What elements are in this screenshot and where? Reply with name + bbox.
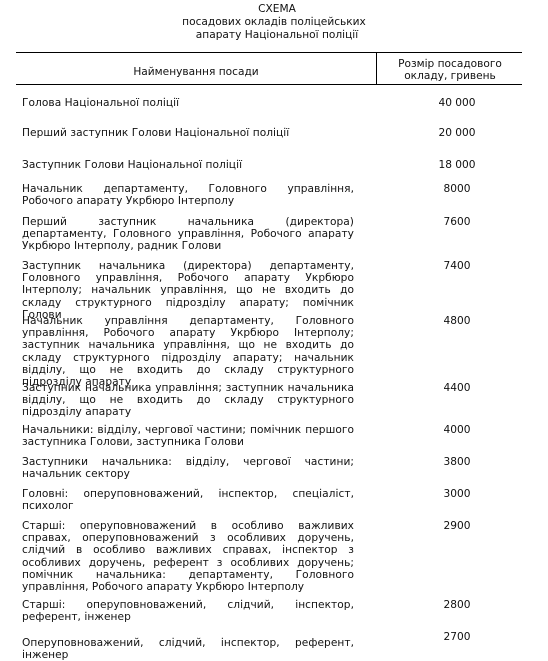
row-position: Перший заступник начальника (директора) … (22, 216, 354, 253)
row-position: Заступник начальника управління; заступн… (22, 382, 354, 419)
title-line-3: апарату Національної поліції (0, 29, 548, 42)
table-header: Найменування посади Розмір посадового ок… (16, 52, 522, 85)
row-position: Начальник департаменту, Головного управл… (22, 183, 354, 207)
header-salary-line-1: Розмір посадового (398, 58, 502, 70)
row-position: Начальники: відділу, чергової частини; п… (22, 424, 354, 448)
row-position: Заступник начальника (директора) департа… (22, 260, 354, 321)
header-position: Найменування посади (16, 53, 377, 84)
document-title: СХЕМА посадових окладів поліцейських апа… (0, 3, 548, 42)
row-position: Заступники начальника: відділу, чергової… (22, 456, 354, 480)
title-line-2: посадових окладів поліцейських (0, 16, 548, 29)
row-salary: 2900 (422, 520, 492, 532)
row-salary: 3000 (422, 488, 492, 500)
header-salary: Розмір посадового окладу, гривень (378, 53, 522, 84)
title-line-1: СХЕМА (0, 3, 548, 16)
row-position: Старші: оперуповноважений, слідчий, інсп… (22, 599, 354, 623)
header-salary-line-2: окладу, гривень (404, 70, 496, 82)
row-salary: 7600 (422, 216, 492, 228)
row-position: Головні: оперуповноважений, інспектор, с… (22, 488, 354, 512)
row-salary: 3800 (422, 456, 492, 468)
row-salary: 2700 (422, 631, 492, 643)
row-position: Заступник Голови Національної поліції (22, 159, 354, 171)
row-position: Перший заступник Голови Національної пол… (22, 127, 354, 139)
row-salary: 18 000 (422, 159, 492, 171)
row-salary: 40 000 (422, 97, 492, 109)
row-position: Старші: оперуповноважений в особливо важ… (22, 520, 354, 593)
row-position: Оперуповноважений, слідчий, інспектор, р… (22, 637, 354, 661)
row-salary: 4800 (422, 315, 492, 327)
row-position: Голова Національної поліції (22, 97, 354, 109)
row-salary: 2800 (422, 599, 492, 611)
row-salary: 4000 (422, 424, 492, 436)
row-salary: 4400 (422, 382, 492, 394)
row-salary: 7400 (422, 260, 492, 272)
row-salary: 20 000 (422, 127, 492, 139)
row-salary: 8000 (422, 183, 492, 195)
row-position: Начальник управління департаменту, Голов… (22, 315, 354, 388)
